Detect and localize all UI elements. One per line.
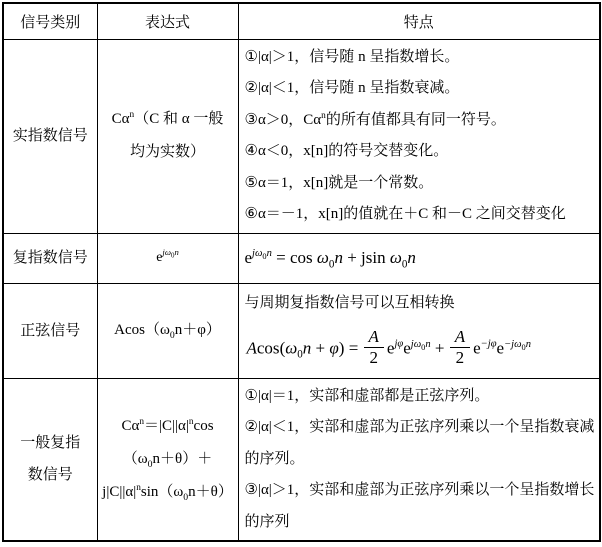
expression-line: Cαn（C 和 α 一般 bbox=[98, 103, 238, 136]
expression-line: j|C||α|nsin（ω0n＋θ） bbox=[98, 476, 238, 509]
category-label-line: 数信号 bbox=[4, 459, 97, 491]
fraction: A2 bbox=[450, 328, 470, 367]
category-label-line: 一般复指 bbox=[4, 427, 97, 459]
feature-item-3: ③|α|＞1，实部和虚部为正弦序列乘以一个呈指数增长的序列 bbox=[245, 475, 596, 538]
table-row-sinusoidal: 正弦信号 Acos（ω0n＋φ） 与周期复指数信号可以互相转换 Acos(ω0n… bbox=[3, 283, 600, 378]
formula-line: ejω0n = cos ω0n + jsin ω0n bbox=[245, 248, 596, 268]
expression-cell: Acos（ω0n＋φ） bbox=[97, 283, 238, 378]
feature-item-1: ①|α|＝1，实部和虚部都是正弦序列。 bbox=[245, 381, 596, 413]
feature-item-5: ⑤α＝1，x[n]就是一个常数。 bbox=[245, 168, 596, 200]
table-row-real-exponential: 实指数信号 Cαn（C 和 α 一般 均为实数） ①|α|＞1，信号随 n 呈指… bbox=[3, 39, 600, 233]
expression-cell: Cαn＝|C||α|ncos （ω0n＋θ）＋ j|C||α|nsin（ω0n＋… bbox=[97, 378, 238, 541]
category-label: 复指数信号 bbox=[4, 242, 97, 274]
feature-item-6: ⑥α＝－1，x[n]的值就在＋C 和－C 之间交替变化 bbox=[245, 199, 596, 231]
header-cell-signal-category: 信号类别 bbox=[3, 3, 97, 39]
category-label: 正弦信号 bbox=[4, 315, 97, 347]
features-cell: ejω0n = cos ω0n + jsin ω0n bbox=[238, 233, 600, 283]
feature-item-1: ①|α|＞1，信号随 n 呈指数增长。 bbox=[245, 42, 596, 74]
signal-types-table: 信号类别 表达式 特点 实指数信号 Cαn（C 和 α 一般 均为实数） ①|α… bbox=[2, 2, 601, 542]
formula-line: Acos(ω0n + φ) = A2ejφejω0n + A2e−jφe−jω0… bbox=[247, 328, 596, 371]
expression-cell: ejω0n bbox=[97, 233, 238, 283]
category-cell: 复指数信号 bbox=[3, 233, 97, 283]
table-header-row: 信号类别 表达式 特点 bbox=[3, 3, 600, 39]
document-page: 信号类别 表达式 特点 实指数信号 Cαn（C 和 α 一般 均为实数） ①|α… bbox=[0, 2, 602, 547]
feature-intro-text: 与周期复指数信号可以互相转换 bbox=[245, 286, 596, 318]
header-cell-expression: 表达式 bbox=[97, 3, 238, 39]
category-cell: 正弦信号 bbox=[3, 283, 97, 378]
feature-item-2: ②|α|＜1，信号随 n 呈指数衰减。 bbox=[245, 73, 596, 105]
features-cell: 与周期复指数信号可以互相转换 Acos(ω0n + φ) = A2ejφejω0… bbox=[238, 283, 600, 378]
feature-item-4: ④α＜0，x[n]的符号交替变化。 bbox=[245, 136, 596, 168]
expression-line: ejω0n bbox=[98, 251, 238, 265]
category-cell: 实指数信号 bbox=[3, 39, 97, 233]
category-label: 实指数信号 bbox=[4, 120, 97, 152]
fraction: A2 bbox=[364, 328, 384, 367]
table-row-complex-exponential: 复指数信号 ejω0n ejω0n = cos ω0n + jsin ω0n bbox=[3, 233, 600, 283]
expression-cell: Cαn（C 和 α 一般 均为实数） bbox=[97, 39, 238, 233]
header-cell-features: 特点 bbox=[238, 3, 600, 39]
expression-line: Acos（ω0n＋φ） bbox=[98, 314, 238, 347]
features-cell: ①|α|＝1，实部和虚部都是正弦序列。 ②|α|＜1，实部和虚部为正弦序列乘以一… bbox=[238, 378, 600, 541]
features-cell: ①|α|＞1，信号随 n 呈指数增长。 ②|α|＜1，信号随 n 呈指数衰减。 … bbox=[238, 39, 600, 233]
expression-line: 均为实数） bbox=[98, 136, 238, 169]
feature-item-2: ②|α|＜1，实部和虚部为正弦序列乘以一个呈指数衰减的序列。 bbox=[245, 412, 596, 475]
feature-item-3: ③α＞0，Cαn的所有值都具有同一符号。 bbox=[245, 105, 596, 137]
category-cell: 一般复指 数信号 bbox=[3, 378, 97, 541]
expression-line: （ω0n＋θ）＋ bbox=[98, 443, 238, 476]
table-row-general-complex-exponential: 一般复指 数信号 Cαn＝|C||α|ncos （ω0n＋θ）＋ j|C||α|… bbox=[3, 378, 600, 541]
expression-line: Cαn＝|C||α|ncos bbox=[98, 410, 238, 443]
